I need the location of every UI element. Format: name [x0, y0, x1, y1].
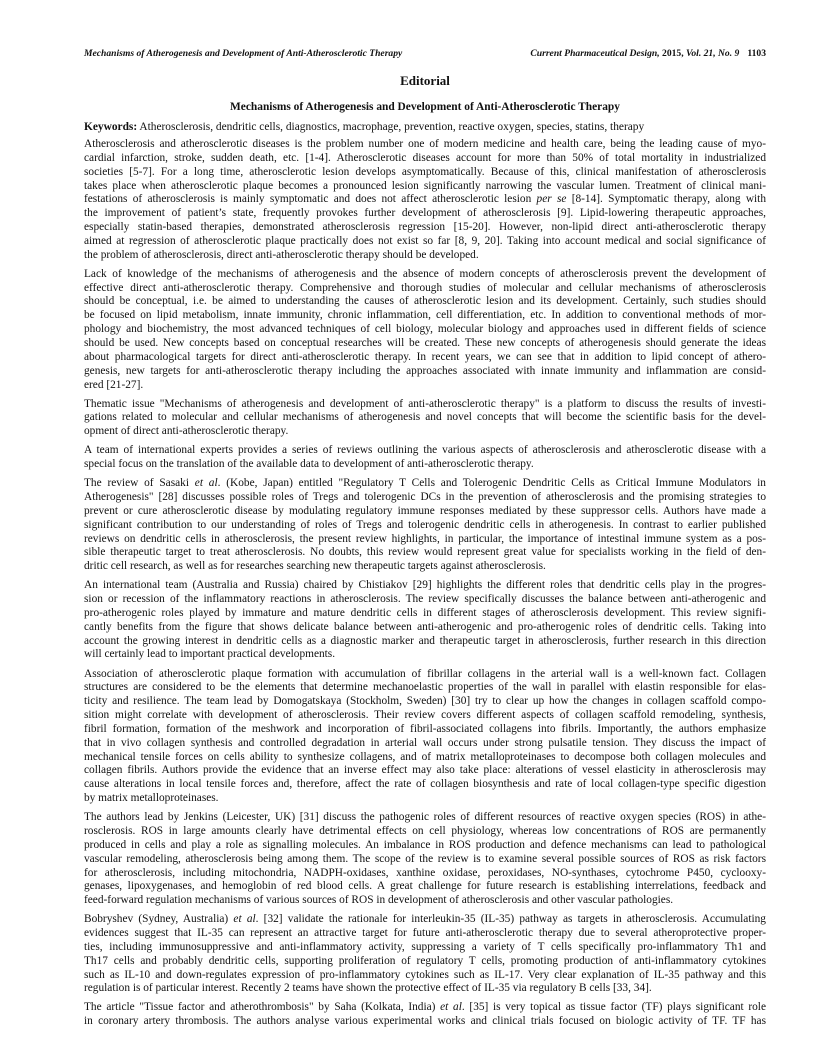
text-line: festations of atherosclerosis is mainly … [84, 193, 766, 207]
text-line: cause alterations in local tensile force… [84, 778, 766, 792]
body-paragraph: Thematic issue "Mechanisms of atherogene… [84, 398, 766, 440]
text-line: Atherogenesis" [28] discusses possible r… [84, 491, 766, 505]
body-paragraph: Bobryshev (Sydney, Australia) et al. [32… [84, 913, 766, 996]
text-line: Th17 cells and probably dendritic cells,… [84, 955, 766, 969]
page-number: 1103 [747, 48, 766, 59]
text-line: evidences suggest that IL-35 can represe… [84, 927, 766, 941]
text-line: Lack of knowledge of the mechanisms of a… [84, 268, 766, 282]
text-line: sition might correlate with development … [84, 709, 766, 723]
text-line: effective direct anti-atherosclerotic th… [84, 282, 766, 296]
body-paragraph: The review of Sasaki et al. (Kobe, Japan… [84, 477, 766, 574]
text-line: such as IL-10 and down-regulates express… [84, 969, 766, 983]
text-line: The article "Tissue factor and atherothr… [84, 1001, 766, 1015]
body-paragraph: Atherosclerosis and atherosclerotic dise… [84, 138, 766, 263]
text-line: produced in cells and play a role as sig… [84, 839, 766, 853]
text-line: cantly benefits from the figure that sho… [84, 621, 766, 635]
text-line: structures are considered to be the elem… [84, 681, 766, 695]
running-head-citation: Current Pharmaceutical Design, 2015, Vol… [530, 48, 766, 59]
text-line: especially statin-based therapies, demon… [84, 221, 766, 235]
text-line: ered [21-27]. [84, 379, 766, 393]
text-line: A team of international experts provides… [84, 444, 766, 458]
text-line: ties, including immunosuppressive and an… [84, 941, 766, 955]
running-head: Mechanisms of Atherogenesis and Developm… [84, 48, 766, 59]
text-line: be focused on lipid metabolism, innate i… [84, 309, 766, 323]
text-line: Thematic issue "Mechanisms of atherogene… [84, 398, 766, 412]
journal-volume: Vol. 21, No. 9 [686, 48, 739, 59]
text-line: pro-atherogenic roles played by immature… [84, 607, 766, 621]
text-line: The authors lead by Jenkins (Leicester, … [84, 811, 766, 825]
text-line: collagen fibrils. Authors provide the ev… [84, 764, 766, 778]
body-paragraph: An international team (Australia and Rus… [84, 579, 766, 662]
text-line: genases, lipoxygenases, and hemoglobin o… [84, 880, 766, 894]
text-line: reviews on dendritic cells in atheroscle… [84, 533, 766, 547]
text-line: dritic cell research, as well as for res… [84, 560, 766, 574]
journal-year: 2015, [660, 48, 686, 59]
text-line: takes place when atherosclerotic plaque … [84, 180, 766, 194]
text-line: rosclerosis. ROS in large amounts clearl… [84, 825, 766, 839]
body-paragraph: A team of international experts provides… [84, 444, 766, 472]
body-paragraph: The article "Tissue factor and atherothr… [84, 1001, 766, 1029]
text-line: societies [5-7]. For a long time, athero… [84, 166, 766, 180]
text-line: mechanical tensile forces on cells abili… [84, 751, 766, 765]
body-paragraph: Association of atherosclerotic plaque fo… [84, 668, 766, 806]
text-line: the improvement of patient’s state, freq… [84, 207, 766, 221]
text-line: special focus on the translation of the … [84, 458, 766, 472]
text-line: prevent or cure atherosclerotic disease … [84, 505, 766, 519]
keywords: Keywords: Atherosclerosis, dendritic cel… [84, 120, 766, 134]
text-line: fibril formation, formation of the meshw… [84, 723, 766, 737]
running-head-title: Mechanisms of Atherogenesis and Developm… [84, 48, 402, 59]
text-line: regulation is of particular interest. Re… [84, 982, 766, 996]
article-title: Mechanisms of Atherogenesis and Developm… [84, 101, 766, 113]
text-line: Bobryshev (Sydney, Australia) et al. [32… [84, 913, 766, 927]
text-line: ticity and resilience. The team lead by … [84, 695, 766, 709]
text-line: should be used. New concepts based on co… [84, 337, 766, 351]
text-line: will certainly lead to important practic… [84, 648, 766, 662]
text-line: sion or recession of the inflammatory re… [84, 593, 766, 607]
journal-name: Current Pharmaceutical Design, [530, 48, 659, 59]
text-line: in coronary artery thrombosis. The autho… [84, 1015, 766, 1029]
text-line: Association of atherosclerotic plaque fo… [84, 668, 766, 682]
article-body: Atherosclerosis and atherosclerotic dise… [84, 138, 766, 1034]
text-line: The review of Sasaki et al. (Kobe, Japan… [84, 477, 766, 491]
text-line: by matrix metalloproteinases. [84, 792, 766, 806]
keywords-text: Atherosclerosis, dendritic cells, diagno… [137, 121, 644, 133]
text-line: genesis, new targets for anti-atheroscle… [84, 365, 766, 379]
section-label: Editorial [84, 73, 766, 89]
text-line: phology and biochemistry, the most advan… [84, 323, 766, 337]
body-paragraph: Lack of knowledge of the mechanisms of a… [84, 268, 766, 393]
text-line: vascular remodeling, atherosclerosis bei… [84, 853, 766, 867]
text-line: should be conceptual, i.e. be aimed to u… [84, 295, 766, 309]
text-line: for atherosclerosis, including mitochond… [84, 867, 766, 881]
text-line: gations related to molecular and cellula… [84, 411, 766, 425]
text-line: the problem of atherosclerosis, direct a… [84, 249, 766, 263]
keywords-label: Keywords: [84, 121, 137, 133]
text-line: account the growing interest in dendriti… [84, 635, 766, 649]
text-line: Atherosclerosis and atherosclerotic dise… [84, 138, 766, 152]
text-line: significant contribution to our understa… [84, 519, 766, 533]
text-line: aimed at regression of atherosclerotic p… [84, 235, 766, 249]
text-line: about pharmacological targets for direct… [84, 351, 766, 365]
text-line: sible therapeutic target to treat athero… [84, 546, 766, 560]
body-paragraph: The authors lead by Jenkins (Leicester, … [84, 811, 766, 908]
text-line: that in vivo collagen synthesis and cont… [84, 737, 766, 751]
text-line: feed-forward regulation mechanisms of va… [84, 894, 766, 908]
text-line: An international team (Australia and Rus… [84, 579, 766, 593]
text-line: cardial infarction, stroke, sudden death… [84, 152, 766, 166]
text-line: opment of direct anti-atherosclerotic th… [84, 425, 766, 439]
